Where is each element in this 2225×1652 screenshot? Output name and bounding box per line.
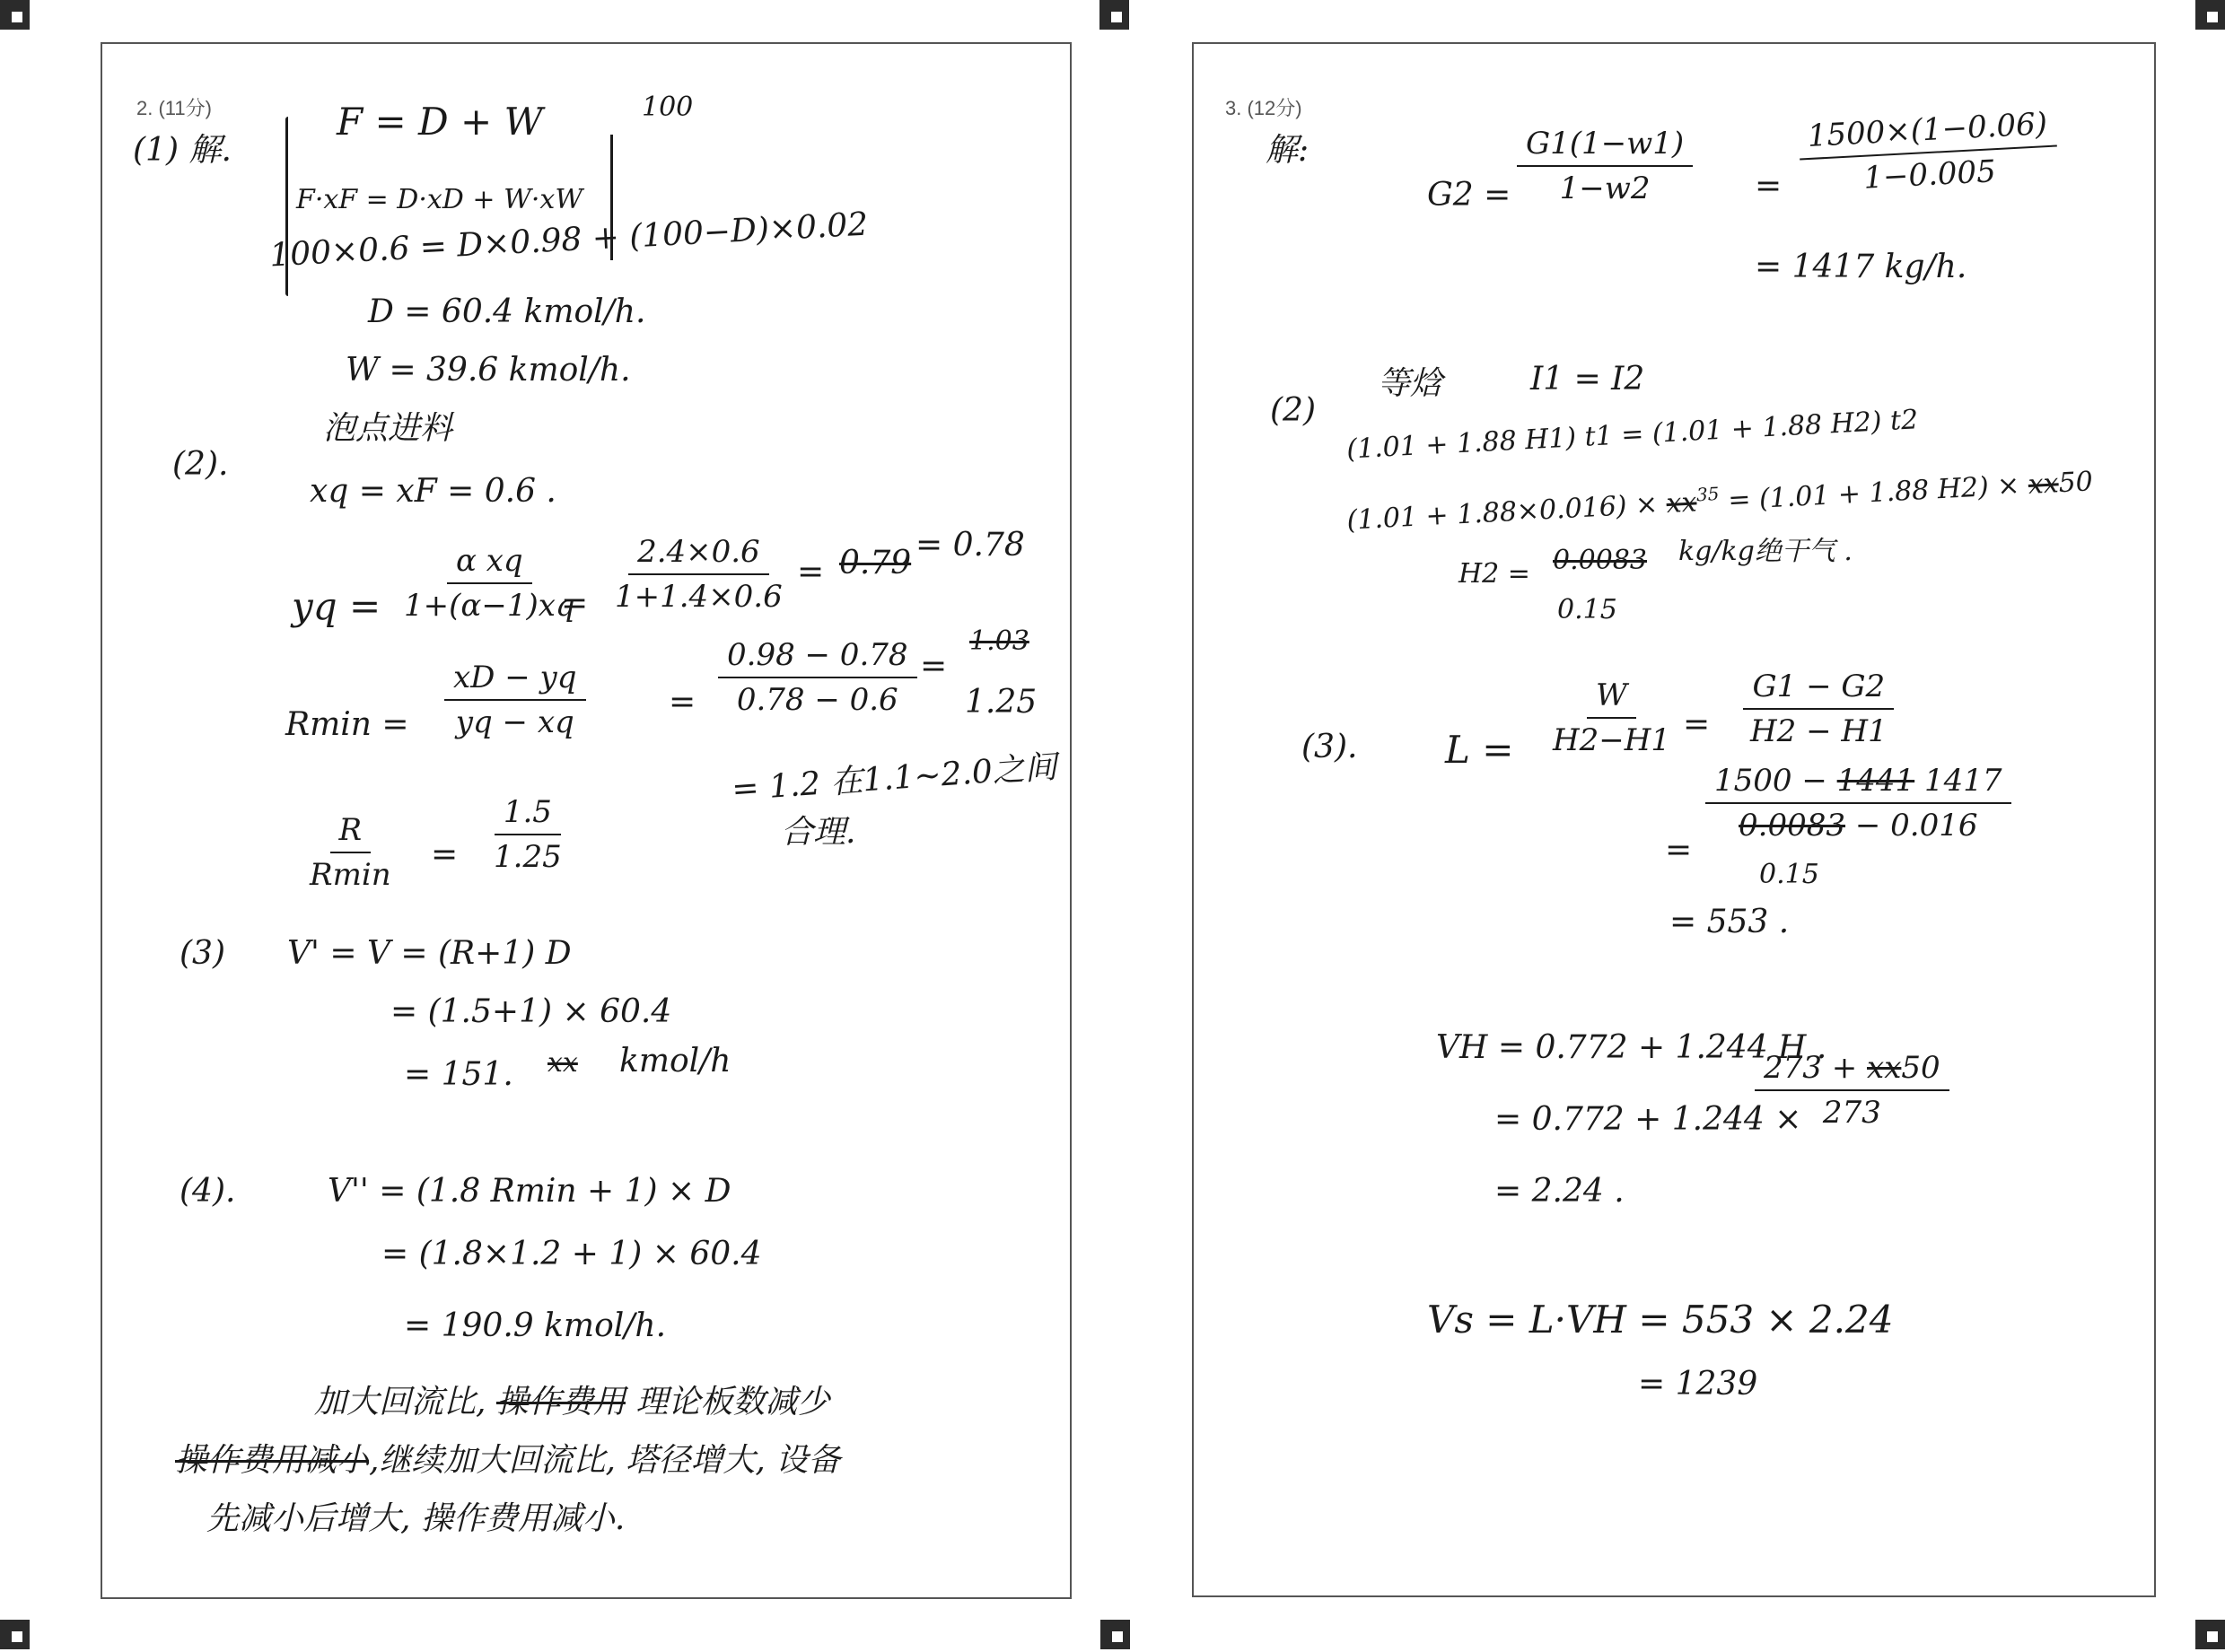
- fraction: G1 − G2 H2 − H1: [1741, 669, 1897, 749]
- part-label: (2).: [172, 449, 228, 481]
- equation: D = 60.4 kmol/h.: [368, 296, 645, 328]
- registration-marker-bottom-left: [0, 1620, 30, 1649]
- fraction: 273 + xx50 273: [1755, 1050, 1949, 1131]
- struck-value: 1.03: [969, 628, 1029, 655]
- question-header: 3. (12分): [1225, 93, 1302, 121]
- note: 0.15: [1759, 861, 1819, 888]
- fraction: α xq 1+(α−1)xq: [395, 543, 584, 624]
- fraction: 1500 − 1441 1417 0.0083 − 0.016: [1705, 763, 2011, 843]
- equation: Vs = L·VH = 553 × 2.24: [1427, 1301, 1893, 1339]
- struck-value: 0.79: [839, 547, 911, 580]
- equation: W = 39.6 kmol/h.: [346, 354, 631, 387]
- result: = 553 .: [1669, 906, 1789, 939]
- equation: I1 = I2: [1530, 363, 1644, 396]
- fraction: 2.4×0.6 1+1.4×0.6: [606, 534, 792, 615]
- unit: kg/kg绝干气 .: [1678, 538, 1853, 565]
- registration-marker-bottom-right: [2195, 1620, 2225, 1649]
- value: 0.15: [1557, 597, 1617, 624]
- answer-sheet-right: [1192, 42, 2156, 1597]
- answer-sheet-left: [101, 42, 1072, 1599]
- result: = 2.24 .: [1494, 1176, 1625, 1208]
- equation: F = D + W: [337, 103, 543, 141]
- equation: F·xF = D·xD + W·xW: [296, 187, 583, 214]
- equation: = (1.5+1) × 60.4: [390, 996, 671, 1028]
- equals: =: [1683, 709, 1710, 741]
- fraction: 1500×(1−0.06) 1−0.005: [1798, 106, 2060, 200]
- fraction: 1.5 1.25: [485, 794, 571, 875]
- fraction: W H2−H1: [1544, 677, 1679, 758]
- registration-marker-top-left: [0, 0, 30, 30]
- part-label: (4).: [180, 1176, 235, 1208]
- struck-value: xx: [547, 1050, 578, 1077]
- equation: V'' = (1.8 Rmin + 1) × D: [328, 1176, 731, 1208]
- fraction: G1(1−w1) 1−w2: [1517, 126, 1693, 206]
- result: = 1239: [1638, 1368, 1757, 1401]
- part-label: (3): [180, 938, 225, 970]
- equation-label: Rmin =: [285, 709, 409, 741]
- fraction: 0.98 − 0.78 0.78 − 0.6: [718, 637, 917, 718]
- part-label: (2): [1270, 395, 1316, 427]
- registration-marker-bottom-center: [1100, 1620, 1130, 1649]
- explanation-text: 先减小后增大, 操作费用减小.: [206, 1503, 625, 1535]
- result: = 0.78: [915, 529, 1025, 562]
- equals: =: [669, 686, 696, 719]
- explanation-text: 操作费用减小,继续加大回流比, 塔径增大, 设备: [175, 1445, 840, 1477]
- part-label: (3).: [1301, 731, 1357, 764]
- equation: = 151.: [404, 1059, 513, 1091]
- equation-label: G2 =: [1427, 179, 1511, 212]
- equals: =: [561, 588, 588, 620]
- equals: =: [431, 839, 458, 871]
- equation-label: L =: [1445, 731, 1513, 769]
- equation-label: yq =: [292, 588, 381, 625]
- note: 等焓: [1378, 368, 1442, 400]
- equals: =: [1665, 835, 1692, 867]
- equation: V' = V = (R+1) D: [287, 938, 572, 970]
- question-header: 2. (11分): [136, 93, 212, 121]
- struck-value: 0.0083: [1553, 547, 1647, 574]
- fraction: R Rmin: [301, 812, 400, 893]
- equation: = 190.9 kmol/h.: [404, 1310, 666, 1342]
- unit: kmol/h: [619, 1045, 731, 1078]
- equation-label: H2 =: [1459, 561, 1530, 588]
- equals: =: [1755, 170, 1782, 203]
- explanation-text: 加大回流比, 操作费用 理论板数减少: [314, 1386, 829, 1419]
- fraction: xD − yq yq − xq: [444, 660, 586, 740]
- registration-marker-top-center: [1099, 0, 1129, 30]
- result: 1.25: [965, 686, 1037, 719]
- result: = 1417 kg/h.: [1755, 251, 1967, 284]
- equals: =: [797, 556, 824, 589]
- note: 泡点进料: [323, 413, 452, 445]
- part-label: 解:: [1266, 135, 1309, 167]
- equation: = (1.8×1.2 + 1) × 60.4: [381, 1238, 762, 1271]
- registration-marker-top-right: [2195, 0, 2225, 30]
- side-note: 100: [642, 94, 693, 121]
- equals: =: [920, 651, 947, 683]
- part-label: (1) 解.: [133, 135, 232, 167]
- equation: xq = xF = 0.6 .: [310, 476, 556, 508]
- note: 合理.: [781, 817, 855, 849]
